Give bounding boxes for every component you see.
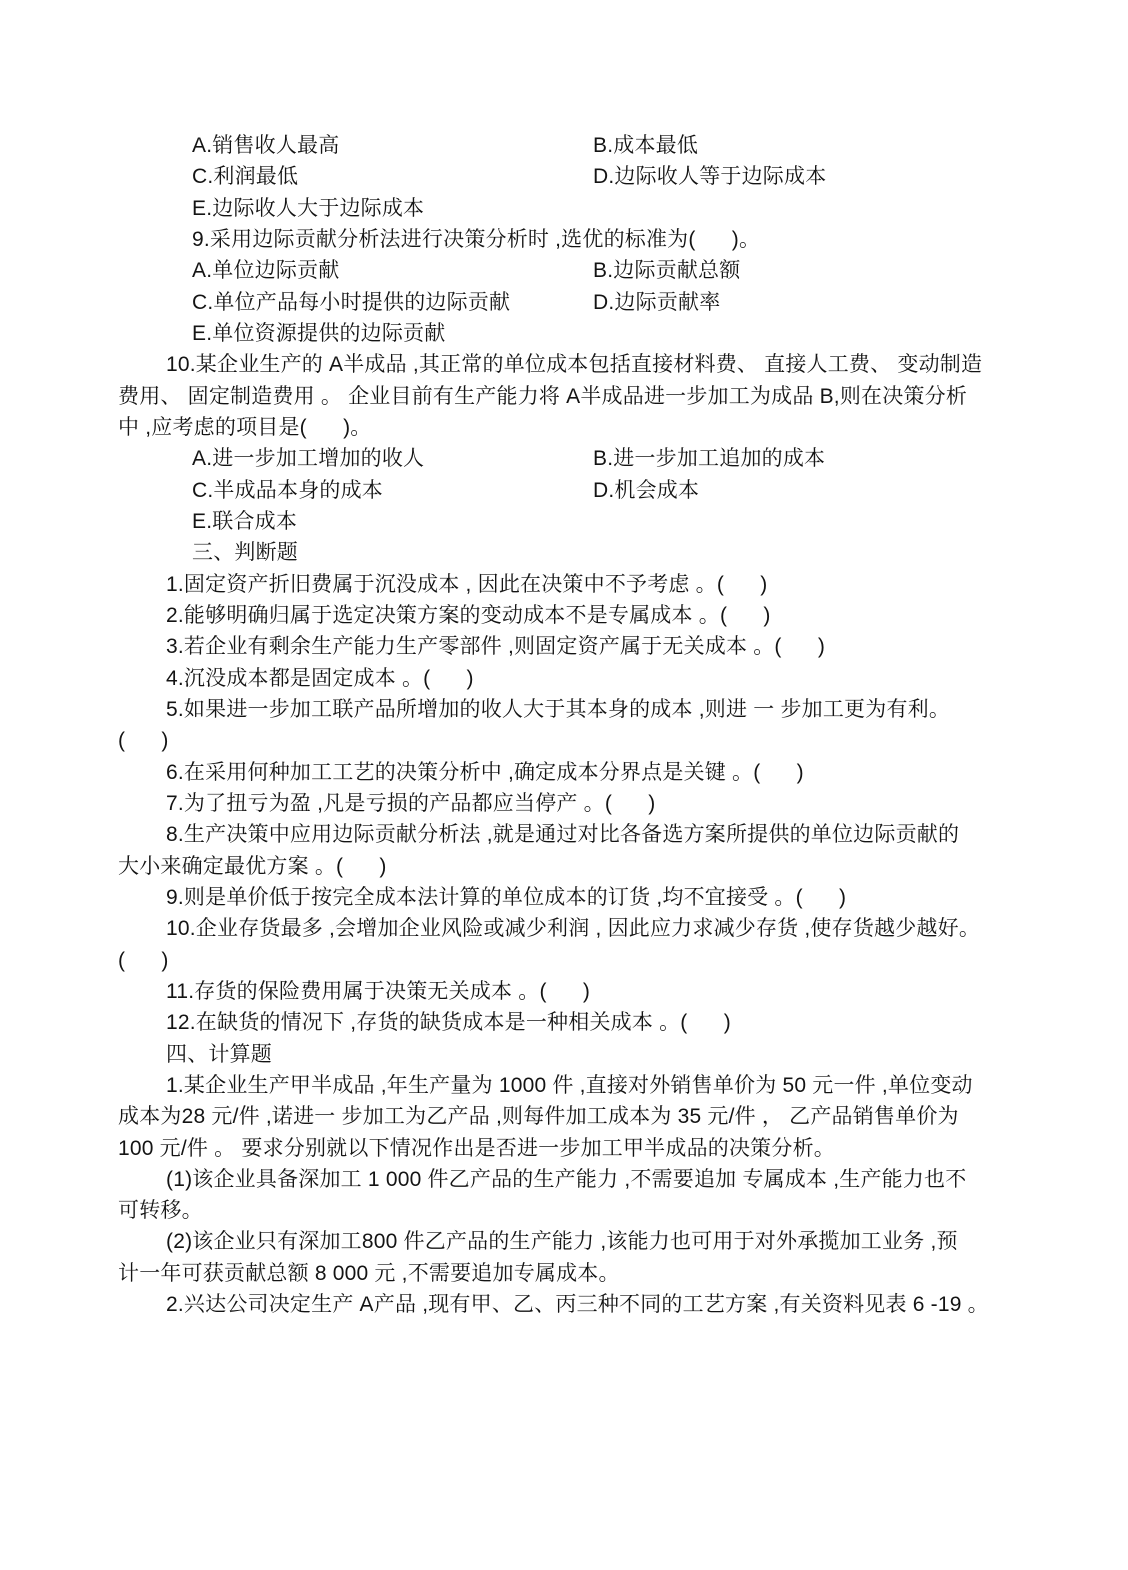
calc-problem-1-case-2-line-1: (2)该企业只有深加工800 件乙产品的生产能力 ,该能力也可用于对外承揽加工业… — [118, 1226, 1044, 1257]
tf-item-9: 9.则是单价低于按完全成本法计算的单位成本的订货 ,均不宜接受 。( ) — [118, 882, 1044, 913]
q9-option-d: D.边际贡献率 — [593, 291, 720, 314]
calc-problem-1-line-1: 1.某企业生产甲半成品 ,年生产量为 1000 件 ,直接对外销售单价为 50 … — [118, 1070, 1044, 1101]
q8-option-row-ab: A.销售收人最高B.成本最低 — [118, 130, 1044, 161]
q10-option-row-ab: A.进一步加工增加的收人B.进一步加工追加的成本 — [118, 443, 1044, 474]
tf-item-5-line-1: 5.如果进一步加工联产品所增加的收人大于其本身的成本 ,则进 一 步加工更为有利… — [118, 694, 1044, 725]
document-page: A.销售收人最高B.成本最低 C.利润最低D.边际收人等于边际成本 E.边际收人… — [118, 130, 1044, 1320]
q9-option-row-cd: C.单位产品每小时提供的边际贡献D.边际贡献率 — [118, 287, 1044, 318]
calc-problem-2: 2.兴达公司决定生产 A产品 ,现有甲、乙、丙三种不同的工艺方案 ,有关资料见表… — [118, 1289, 1044, 1320]
q10-question-line-2: 费用、 固定制造费用 。 企业目前有生产能力将 A半成品进一步加工为成品 B,则… — [118, 381, 1044, 412]
calc-problem-1-case-1-line-2: 可转移。 — [118, 1195, 1044, 1226]
q10-option-row-cd: C.半成品本身的成本D.机会成本 — [118, 475, 1044, 506]
q9-option-a: A.单位边际贡献 — [192, 255, 593, 286]
q9-option-b: B.边际贡献总额 — [593, 259, 740, 282]
tf-item-10-line-1: 10.企业存货最多 ,会增加企业风险或减少利润 , 因此应力求减少存货 ,使存货… — [118, 913, 1044, 944]
q10-question-line-3: 中 ,应考虑的项目是( )。 — [118, 412, 1044, 443]
tf-item-4: 4.沉没成本都是固定成本 。( ) — [118, 663, 1044, 694]
q8-option-d: D.边际收人等于边际成本 — [593, 165, 826, 188]
q9-option-e: E.单位资源提供的边际贡献 — [118, 318, 1044, 349]
q10-option-e: E.联合成本 — [118, 506, 1044, 537]
section-heading-true-false: 三、判断题 — [118, 537, 1044, 568]
q9-option-c: C.单位产品每小时提供的边际贡献 — [192, 287, 593, 318]
tf-item-7: 7.为了扭亏为盈 ,凡是亏损的产品都应当停产 。( ) — [118, 788, 1044, 819]
calc-problem-1-case-1-line-1: (1)该企业具备深加工 1 000 件乙产品的生产能力 ,不需要追加 专属成本 … — [118, 1164, 1044, 1195]
tf-item-10-line-2: ( ) — [118, 945, 1044, 976]
tf-item-2: 2.能够明确归属于选定决策方案的变动成本不是专属成本 。( ) — [118, 600, 1044, 631]
q8-option-a: A.销售收人最高 — [192, 130, 593, 161]
calc-problem-1-line-3: 100 元/件 。 要求分别就以下情况作出是否进一步加工甲半成品的决策分析。 — [118, 1133, 1044, 1164]
calc-problem-1-line-2: 成本为28 元/件 ,诺进一 步加工为乙产品 ,则每件加工成本为 35 元/件 … — [118, 1101, 1044, 1132]
q10-option-c: C.半成品本身的成本 — [192, 475, 593, 506]
q10-question-line-1: 10.某企业生产的 A半成品 ,其正常的单位成本包括直接材料费、 直接人工费、 … — [118, 349, 1044, 380]
q10-option-d: D.机会成本 — [593, 479, 699, 502]
tf-item-6: 6.在采用何种加工工艺的决策分析中 ,确定成本分界点是关键 。( ) — [118, 757, 1044, 788]
section-heading-calculation: 四、计算题 — [118, 1039, 1044, 1070]
q10-option-a: A.进一步加工增加的收人 — [192, 443, 593, 474]
q8-option-e: E.边际收人大于边际成本 — [118, 193, 1044, 224]
q8-option-b: B.成本最低 — [593, 134, 698, 157]
tf-item-12: 12.在缺货的情况下 ,存货的缺货成本是一种相关成本 。( ) — [118, 1007, 1044, 1038]
q10-option-b: B.进一步加工追加的成本 — [593, 447, 825, 470]
tf-item-3: 3.若企业有剩余生产能力生产零部件 ,则固定资产属于无关成本 。( ) — [118, 631, 1044, 662]
tf-item-11: 11.存货的保险费用属于决策无关成本 。( ) — [118, 976, 1044, 1007]
q9-option-row-ab: A.单位边际贡献B.边际贡献总额 — [118, 255, 1044, 286]
q8-option-c: C.利润最低 — [192, 161, 593, 192]
tf-item-5-line-2: ( ) — [118, 725, 1044, 756]
q9-question-text: 9.采用边际贡献分析法进行决策分析时 ,选优的标准为( )。 — [118, 224, 1044, 255]
tf-item-1: 1.固定资产折旧费属于沉没成本 , 因此在决策中不予考虑 。( ) — [118, 569, 1044, 600]
tf-item-8-line-1: 8.生产决策中应用边际贡献分析法 ,就是通过对比各备选方案所提供的单位边际贡献的 — [118, 819, 1044, 850]
q8-option-row-cd: C.利润最低D.边际收人等于边际成本 — [118, 161, 1044, 192]
calc-problem-1-case-2-line-2: 计一年可获贡献总额 8 000 元 ,不需要追加专属成本。 — [118, 1258, 1044, 1289]
tf-item-8-line-2: 大小来确定最优方案 。( ) — [118, 851, 1044, 882]
